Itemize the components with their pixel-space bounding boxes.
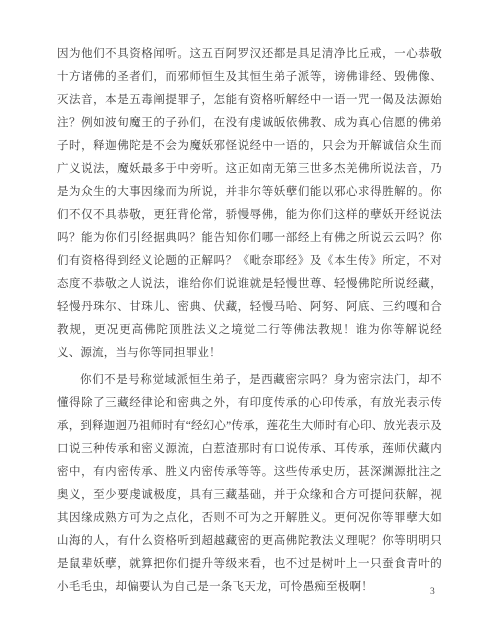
body-paragraph-2: 你们不是号称觉域派恒生弟子，是西藏密宗吗？身为密宗法门，却不懂得除了三藏经律论和… [57, 369, 442, 599]
document-page: 因为他们不具资格闻听。这五百阿罗汉还都是具足清净比丘戒，一心恭敬十方诸佛的圣者们… [0, 0, 495, 640]
body-paragraph-1: 因为他们不具资格闻听。这五百阿罗汉还都是具足清净比丘戒，一心恭敬十方诸佛的圣者们… [57, 43, 442, 365]
page-number: 3 [430, 587, 435, 597]
